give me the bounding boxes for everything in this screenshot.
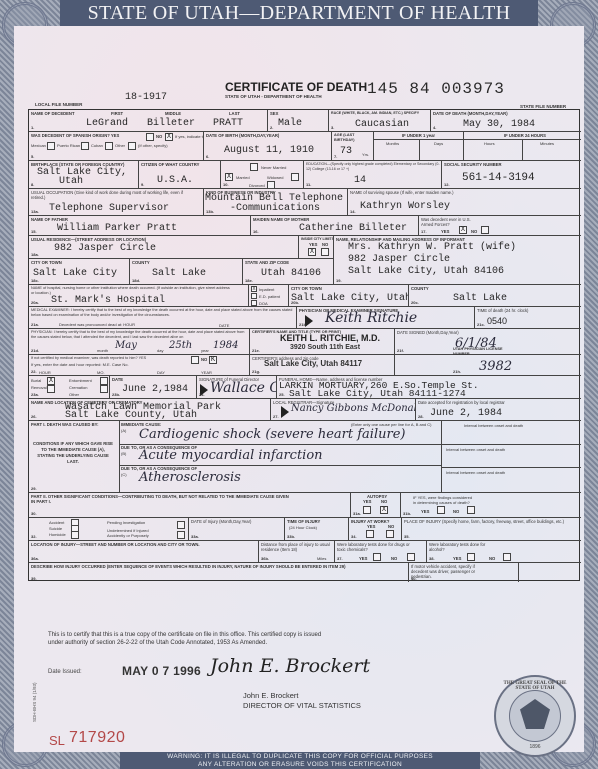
- father-name-field: NAME OF FATHER William Parker Pratt 15.: [29, 216, 251, 236]
- date-of-birth-field: DATE OF BIRTH (Month,Day,Year) August 11…: [204, 132, 332, 161]
- autopsy-no-checkbox[interactable]: X: [380, 506, 388, 514]
- race-field: RACE (White, Black, Am. Indian, etc.) Sp…: [329, 110, 431, 132]
- alcohol-tests-yes-checkbox[interactable]: [467, 553, 475, 561]
- armed-forces-no-checkbox[interactable]: [481, 226, 489, 234]
- serial-number: 717920: [69, 729, 125, 747]
- spanish-no-checkbox[interactable]: X: [165, 133, 173, 141]
- cause-a: Cardiogenic shock (severe heart failure): [139, 427, 405, 442]
- injury-location-field: LOCATION OF INJURY—STREET AND NUMBER OR …: [29, 541, 259, 563]
- patient-status-field: X Inpatient E.D. patient DOA: [249, 285, 289, 307]
- physician-signature: Keith Ritchie: [325, 310, 417, 326]
- cemetery-field: NAME AND LOCATION OF CEMETERY OR CREMATO…: [29, 399, 271, 421]
- citizen-field: CITIZEN of what country U.S.A. 9.: [139, 161, 221, 189]
- birthplace-field: BIRTHPLACE (State or foreign country) Sa…: [29, 161, 139, 189]
- under-1-year-field: IF UNDER 1 year Months Days: [374, 132, 464, 161]
- form-code: SDH-BHS 94 (1/93): [32, 682, 37, 722]
- disposition-date-field: DATE June 2,1984 23b.: [110, 376, 197, 399]
- injury-description-field: DESCRIBE HOW INJURY OCCURRED (enter sequ…: [29, 563, 409, 582]
- drug-tests-field: Were laboratory tests done for drugs or …: [335, 541, 427, 563]
- physician-signature-field: PHYSICIAN OR MEDICAL EXAMINER SIGNATURE …: [297, 307, 475, 329]
- drug-tests-no-checkbox[interactable]: [407, 553, 415, 561]
- under-24-hours-field: IF UNDER 24 HOURS Hours Minutes: [464, 132, 581, 161]
- department-banner: STATE OF UTAH—DEPARTMENT OF HEALTH: [60, 0, 538, 26]
- last-name: PRATT: [213, 118, 243, 129]
- cuban-checkbox[interactable]: [105, 142, 113, 150]
- local-file-number-label: LOCAL FILE NUMBER: [35, 102, 82, 107]
- spanish-yes-checkbox[interactable]: [146, 133, 154, 141]
- spouse-field: NAME of surviving spouse (If wife, enter…: [348, 189, 581, 216]
- other-conditions-field: PART II. OTHER SIGNIFICANT CONDITIONS—CO…: [29, 493, 351, 518]
- inside-city-yes-checkbox[interactable]: X: [308, 248, 316, 256]
- death-county-field: COUNTY Salt Lake 20c.: [409, 285, 581, 307]
- age-field: AGE (LastBirthday) 73 Yrs. 7.: [332, 132, 374, 161]
- reported-yes-checkbox[interactable]: [191, 356, 199, 364]
- date-issued: MAY 0 7 1996: [122, 664, 201, 678]
- findings-yes-checkbox[interactable]: [437, 506, 445, 514]
- serial-prefix: SL: [49, 733, 65, 748]
- education-field: EDUCATION—(Specify only highest grade co…: [304, 161, 442, 189]
- sign-here-arrow-icon: [281, 406, 289, 418]
- license-field: UTAH PHYSICIAN LICENSE NUMBER 3982 21h.: [395, 346, 581, 376]
- armed-forces-yes-checkbox[interactable]: X: [459, 226, 467, 234]
- time-of-death-field: TIME of death (24 hr. clock) 0540 21c.: [475, 307, 581, 329]
- middle-name: Billeter: [147, 118, 195, 129]
- ed-patient-checkbox[interactable]: [251, 293, 257, 299]
- first-name: LeGrand: [86, 118, 128, 129]
- date-of-death-field: DATE OF DEATH (Month,Day,Year) May 30, 1…: [431, 110, 581, 132]
- other-checkbox[interactable]: [128, 142, 136, 150]
- widowed-checkbox[interactable]: [291, 173, 299, 181]
- cause-b: Acute myocardial infarction: [139, 448, 323, 463]
- residence-street-field: USUAL RESIDENCE—(Street address or locat…: [29, 236, 299, 259]
- autopsy-field: AUTOPSY YES NO X 31a.: [351, 493, 401, 518]
- cause-c: Atherosclerosis: [139, 470, 241, 485]
- injury-time-field: TIME OF INJURY (24 Hour Clock) 33b.: [285, 518, 349, 541]
- injury-distance-field: Distance from place of injury to usual r…: [259, 541, 335, 563]
- doa-checkbox[interactable]: [251, 300, 257, 306]
- cremation-checkbox[interactable]: [100, 385, 108, 393]
- removal-checkbox[interactable]: [47, 385, 55, 393]
- physician-certification-field: PHYSICIAN: I hereby certify that to the …: [29, 329, 250, 355]
- ssn-field: SOCIAL SECURITY NUMBER 561-14-3194 12.: [442, 161, 581, 189]
- medical-examiner-field: MEDICAL EXAMINER: I hereby certify that …: [29, 307, 297, 329]
- director-name: John E. Brockert: [243, 691, 298, 700]
- death-reported-field: If not certified by medical examiner, wa…: [29, 355, 250, 376]
- certificate-subtitle: STATE OF UTAH - DEPARTMENT OF HEALTH: [225, 94, 322, 99]
- state-file-number: 145 84 003973: [367, 80, 505, 98]
- findings-no-checkbox[interactable]: [467, 506, 475, 514]
- place-of-injury-field: PLACE OF INJURY (Specify home, farm, fac…: [402, 518, 581, 541]
- industry-field: KIND OF BUSINESS OR INDUSTRY Mountain Be…: [204, 189, 348, 216]
- death-certificate-form: NAME OF DECEDENT FIRST MIDDLE LAST LeGra…: [28, 109, 580, 581]
- funeral-director-signature-field: SIGNATURE of Funeral Director Wallace Ol…: [197, 376, 277, 399]
- residence-state-zip-field: STATE AND ZIP CODE Utah 84106 18e.: [243, 259, 334, 285]
- informant-field: NAME, RELATIONSHIP AND MAILING ADDRESS O…: [334, 236, 581, 285]
- mother-name-field: MAIDEN NAME OF MOTHER Catherine Billeter…: [251, 216, 419, 236]
- reported-no-checkbox[interactable]: K: [209, 356, 217, 364]
- date-issued-label: Date Issued:: [48, 669, 82, 675]
- death-city-field: CITY OR TOWN Salt Lake City, Utah 20b.: [289, 285, 409, 307]
- director-title: DIRECTOR OF VITAL STATISTICS: [243, 701, 361, 710]
- entombment-checkbox[interactable]: [100, 377, 108, 385]
- autopsy-yes-checkbox[interactable]: [363, 506, 371, 514]
- occupation-field: USUAL OCCUPATION (Give kind of work done…: [29, 189, 204, 216]
- state-seal-icon: THE GREAT SEAL OF THE STATE OF UTAH 1896: [494, 675, 576, 757]
- married-checkbox[interactable]: X: [225, 173, 233, 181]
- sex-field: SEX Male 2.: [268, 110, 329, 132]
- puerto-rican-checkbox[interactable]: [81, 142, 89, 150]
- drug-tests-yes-checkbox[interactable]: [373, 553, 381, 561]
- findings-field: IF YES, were findings considered in dete…: [401, 493, 581, 518]
- injury-at-work-field: INJURY AT WORK? YES NO 34.: [349, 518, 402, 541]
- marital-status-field: Never Married X Married Widowed Divorced…: [221, 161, 304, 189]
- disposition-field: Burial X Removal Entombment Cremation Ot…: [29, 376, 110, 399]
- certifier-address-field: CERTIFIER'S address and zip code Salt La…: [250, 355, 395, 376]
- interval-c-field: Interval between onset and death: [442, 468, 581, 493]
- local-file-number: 18-1917: [125, 92, 167, 103]
- inside-city-limits-field: INSIDE CITY LIMITS? YES NO X: [299, 236, 334, 259]
- interval-a-field: Interval between onset and death: [442, 421, 581, 445]
- certifier-field: CERTIFIER'S name and title (Type or prin…: [250, 329, 395, 355]
- pending-checkbox[interactable]: [177, 521, 185, 529]
- residence-county-field: COUNTY Salt Lake 18d.: [130, 259, 243, 285]
- inpatient-checkbox[interactable]: X: [251, 286, 257, 292]
- certification-statement: This is to certify that this is a true c…: [48, 631, 321, 647]
- residence-city-field: CITY OR TOWN Salt Lake City 18c.: [29, 259, 130, 285]
- funeral-home-field: FUNERAL HOME—Name, address and license n…: [277, 376, 581, 399]
- director-signature: John E. Brockert: [210, 655, 370, 677]
- local-registrar-field: LOCAL REGISTRAR—Signature Nancy Gibbons …: [271, 399, 416, 421]
- motor-vehicle-field: If motor vehicle accident, specify if de…: [409, 563, 519, 582]
- hospital-field: NAME of hospital, nursing home or other …: [29, 285, 249, 307]
- mexican-checkbox[interactable]: [47, 142, 55, 150]
- burial-checkbox[interactable]: X: [47, 377, 55, 385]
- alcohol-tests-no-checkbox[interactable]: [503, 553, 511, 561]
- interval-b-field: Interval between onset and death: [442, 445, 581, 468]
- manner-of-death-field: Accident Suicide Homicide Pending Invest…: [29, 518, 189, 541]
- never-married-checkbox[interactable]: [250, 163, 258, 171]
- armed-forces-field: Was decedent ever in U.S. Armed Forces? …: [419, 216, 581, 236]
- spanish-origin-field: WAS DECEDENT OF SPANISH ORIGIN? YES NO X…: [29, 132, 204, 161]
- certificate-title: CERTIFICATE OF DEATH: [225, 80, 367, 94]
- at-work-yes-checkbox[interactable]: [366, 530, 374, 538]
- at-work-no-checkbox[interactable]: [386, 530, 394, 538]
- alcohol-tests-field: Were laboratory tests done for alcohol? …: [427, 541, 581, 563]
- warning-banner: WARNING: IT IS ILLEGAL TO DUPLICATE THIS…: [120, 752, 480, 769]
- cause-of-death-field: PART I. DEATH WAS CAUSED BY: IMMEDIATE C…: [29, 421, 442, 493]
- undetermined-checkbox[interactable]: [177, 531, 185, 539]
- accepted-date-field: Date accepted for registration by local …: [416, 399, 581, 421]
- injury-date-field: DATE of Injury (Month,Day,Year) 33a.: [189, 518, 285, 541]
- decedent-name-field: NAME OF DECEDENT FIRST MIDDLE LAST LeGra…: [29, 110, 268, 132]
- inside-city-no-checkbox[interactable]: [321, 248, 329, 256]
- homicide-checkbox[interactable]: [71, 531, 79, 539]
- divorced-checkbox[interactable]: [267, 181, 275, 189]
